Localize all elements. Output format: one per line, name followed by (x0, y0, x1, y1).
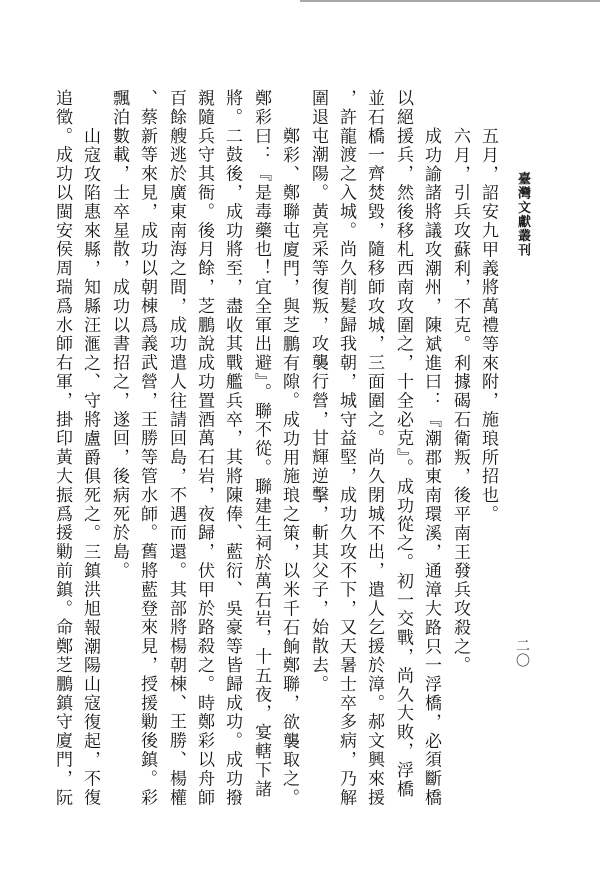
paragraph-3-line-3: 並石橋一齊焚毀，隨移師攻城，三面圍之。尚久閉城不出，遣人乞援於漳。郝文興來援 (364, 89, 384, 807)
paragraph-2-line-1: 六月，引兵攻蘇利，不克。利據碣石衛叛，後平南王發兵攻殺之。 (450, 127, 470, 675)
paragraph-4-line-3: 將。二鼓後，成功將至，盡收其戰艦兵卒，其將陳俸、藍衍、吳豪等皆歸成功。成功撥 (222, 89, 242, 807)
paragraph-5-line-1: 山寇攻陷惠來縣，知縣汪滙之、守將盧爵俱死之。三鎮洪旭報潮陽山寇復起，不復 (80, 127, 100, 807)
paragraph-4-line-6: 、蔡新等來見，成功以朝棟爲義武營，王勝等管水師。舊將藍登來見，授援勦後鎮。彩 (137, 89, 157, 807)
paragraph-3-line-2: 以絕援兵，然後移札西南攻圍之，十全必克』。成功從之。初一交戰，尚久大敗，浮橋 (393, 89, 413, 799)
paragraph-4-line-4: 親隨兵守其衙。後月餘，芝鵬說成功置酒萬石岩，夜歸，伏甲於路殺之。時鄭彩以舟師 (194, 89, 214, 807)
scan-top-edge (300, 0, 600, 2)
paragraph-4-line-5: 百餘艘逃於廣東南海之間，成功遣人往請回島，不遇而還。其部將楊朝棟、王勝、楊權 (166, 89, 186, 807)
paragraph-4-line-7: 飄泊數載，士卒星散，成功以書招之，遂回，後病死於島。 (109, 89, 129, 580)
paragraph-3-line-4: ，許龍渡之入城。尚久削髮歸我朝，城守益堅，成功久攻不下，又天暑士卒多病，乃解 (336, 89, 356, 807)
paragraph-4-line-2: 鄭彩曰：『是毒藥也！宜全軍出避』。聯不從。聯建生祠於萬石岩，十五夜，宴轄下諸 (251, 89, 271, 799)
paragraph-3-line-1: 成功諭諸將議攻潮州，陳斌進曰：『潮郡東南環溪，通漳大路只一浮橋，必須斷橋 (421, 127, 441, 807)
paragraph-3-line-5: 圍退屯潮陽。黃亮采等復叛，攻襲行營，甘輝逆擊，斬其父子，始散去。 (308, 89, 328, 694)
running-head: 臺灣文獻叢刊 (514, 172, 530, 257)
page-number: 二〇 (514, 638, 530, 668)
paragraph-4-line-1: 鄭彩、鄭聯屯廈門，與芝鵬有隙。成功用施琅之策，以米千石餉鄭聯，欲襲取之。 (279, 127, 299, 807)
paragraph-1-line-1: 五月，詔安九甲義將萬禮等來附，施琅所招也。 (478, 127, 498, 524)
paragraph-5-line-2: 追徵。成功以閩安侯周瑞爲水師右軍，掛印黃大振爲援勦前鎮。命鄭芝鵬鎮守廈門，阮 (52, 89, 72, 807)
